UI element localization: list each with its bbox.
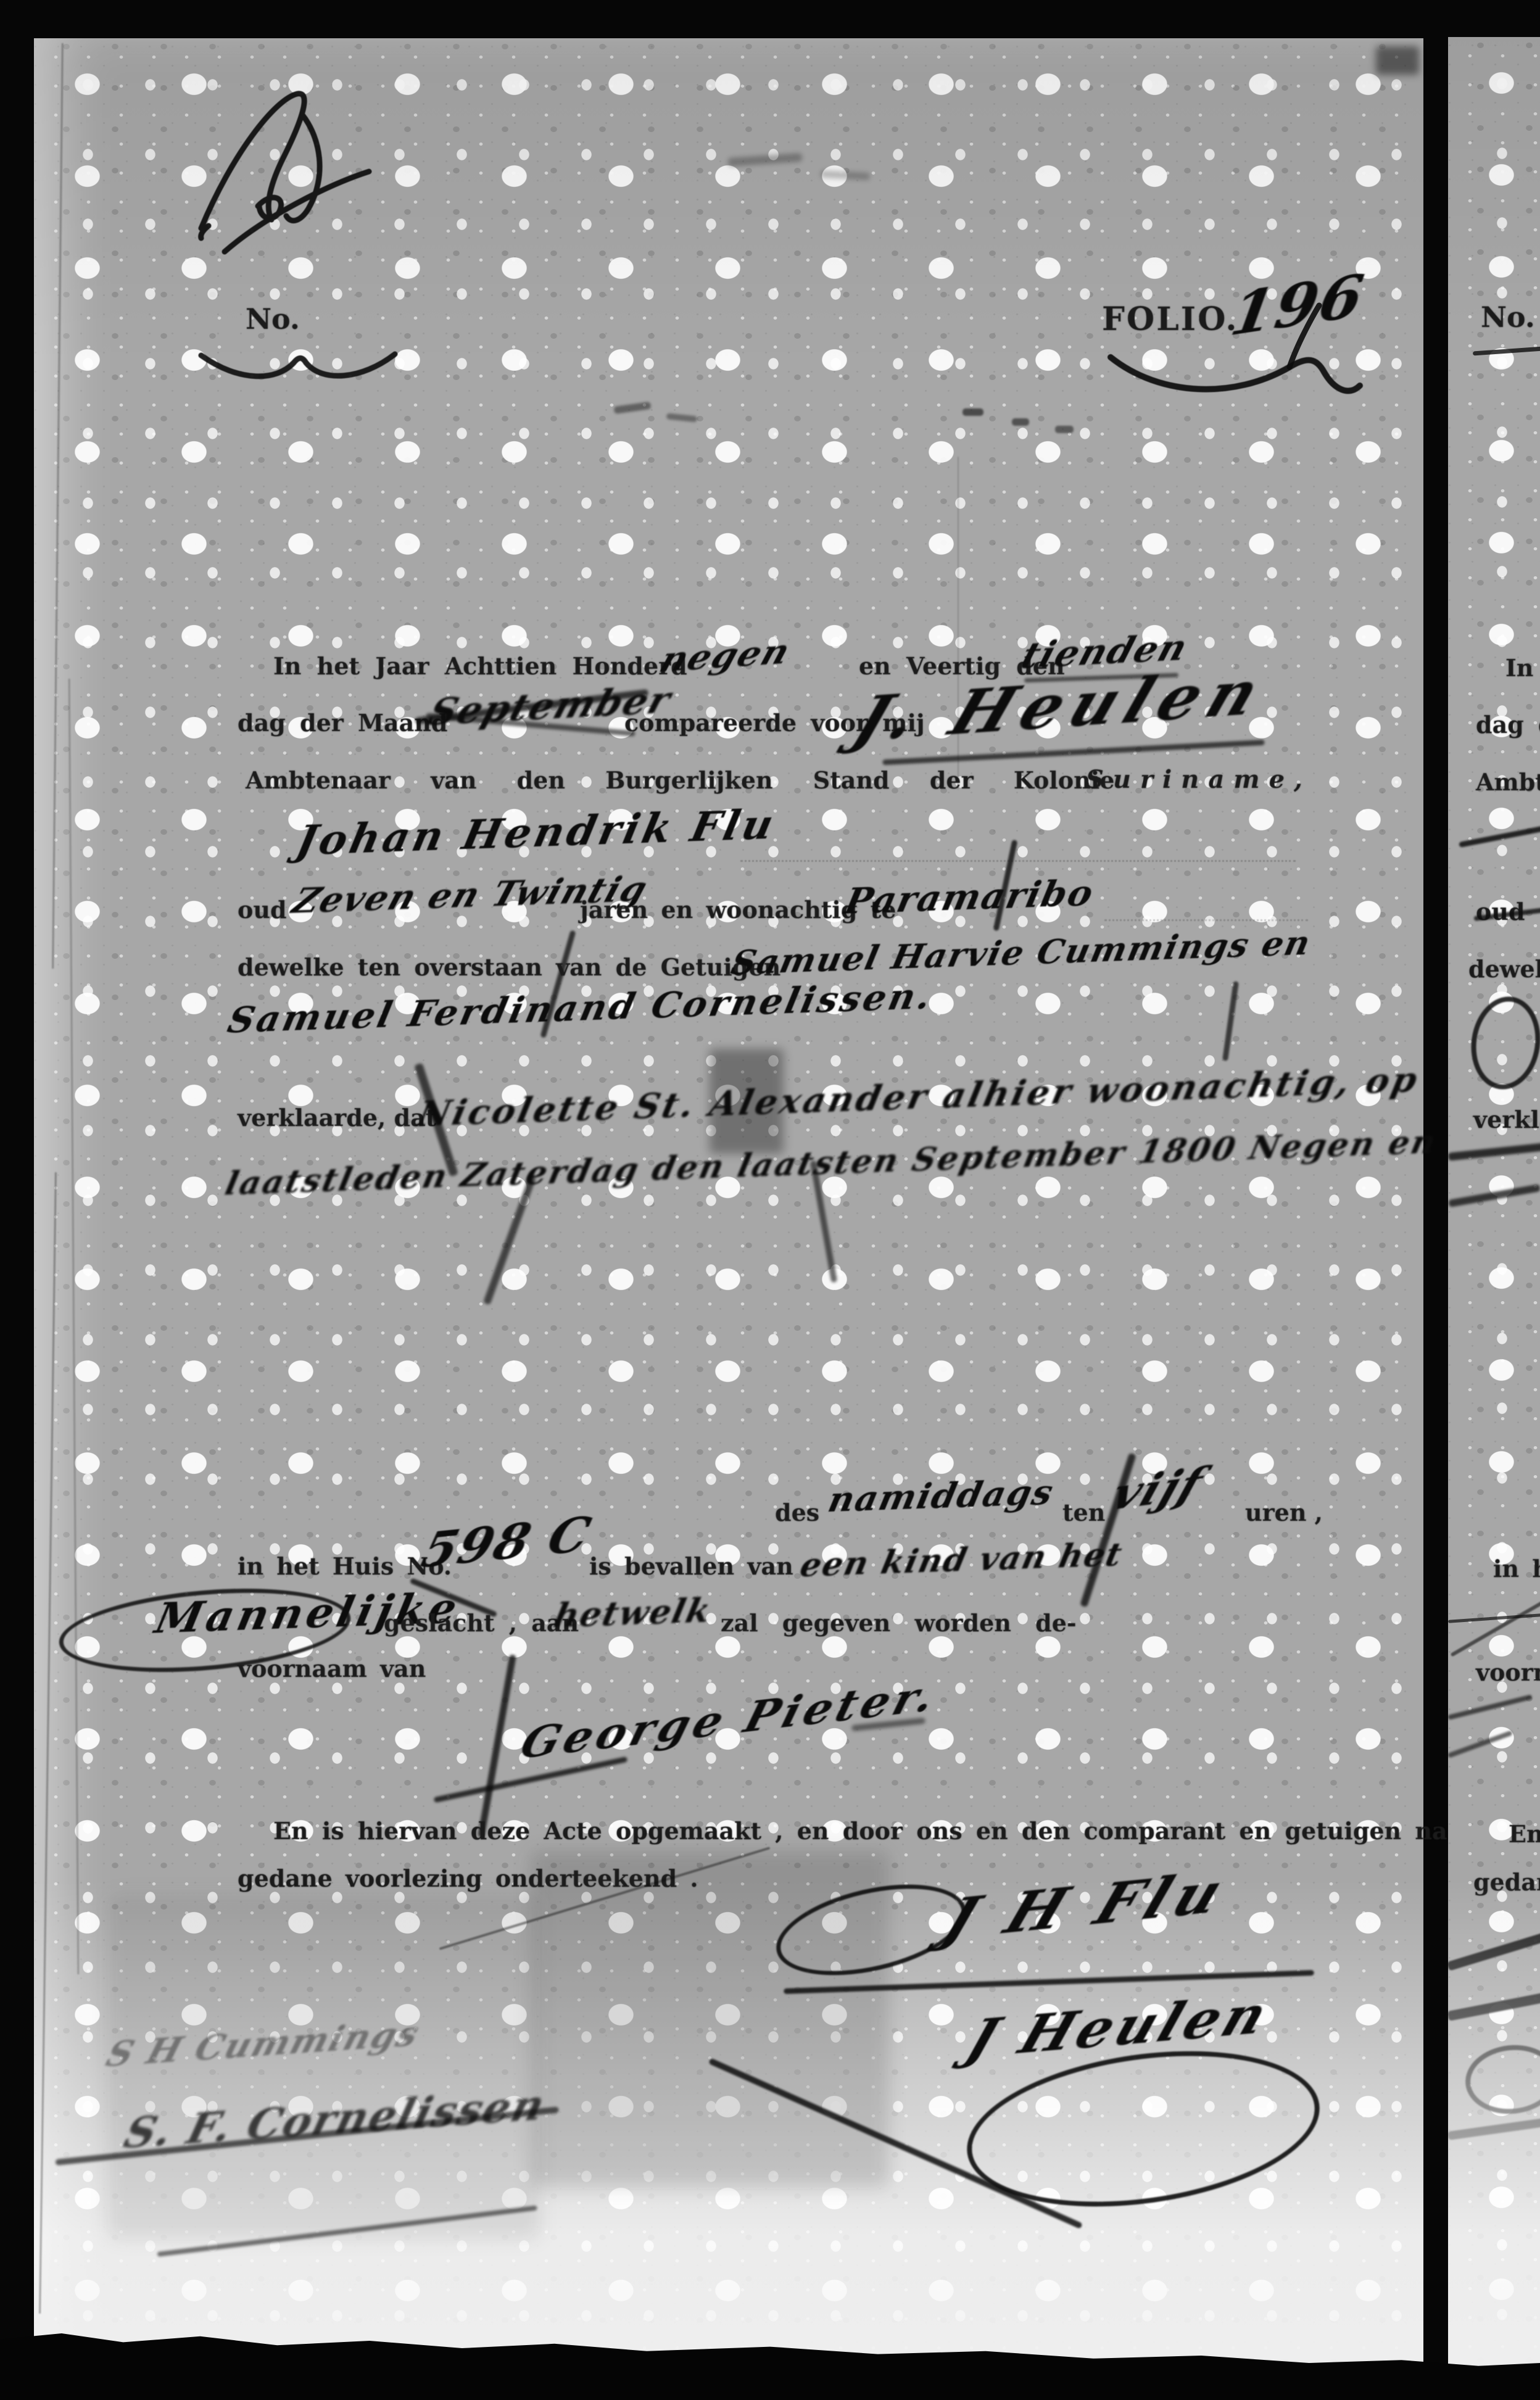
right-fragment: in het [1493,1555,1540,1583]
signature-flourish-line [1448,1919,1540,1971]
body-line10a: des [775,1499,819,1526]
body-line12a: geslacht , aan [384,1609,579,1637]
dotted-filler [1104,918,1308,921]
dotted-filler [740,859,1296,862]
folio-brace-flourish [1104,342,1364,416]
right-fragment: En [1509,1820,1540,1848]
register-scan: 26 No. FOLIO. 196 In het Jaar Achttien H… [0,0,1540,2400]
body-line10c: uren , [1245,1499,1323,1526]
hw-which-word: hetwelk [550,1591,715,1636]
pen-loop-flourish [1465,992,1540,1094]
hw-place: Paramaribo [841,872,1098,922]
right-fragment: dewelk [1468,955,1540,983]
ink-smudge [1448,1731,1513,1758]
hw-daypart: namiddags [824,1472,1058,1521]
body-line13: voornaam van [238,1655,426,1682]
ink-smudge [1448,1613,1540,1623]
right-fragment: dag d [1476,711,1540,739]
right-no-label: No. [1481,300,1535,334]
no-label: No. [246,302,300,336]
body-line15: En is hiervan deze Acte opgemaakt , en d… [273,1817,1447,1845]
ink-smudge [1473,346,1540,355]
body-line8a: verklaarde, dat [238,1104,436,1132]
signature-flourish-line [1448,2114,1540,2140]
signature-flourish-line [1448,1984,1540,2021]
body-line11b: is bevallen van [589,1552,793,1580]
ink-smudge [1055,426,1074,433]
right-page: No. In dag d Ambt oud dewelk verkla in h… [1448,37,1540,2400]
right-fragment: gedane [1473,1868,1540,1896]
body-line10b: ten [1062,1499,1105,1526]
right-fragment: Ambt [1476,768,1540,796]
body-line12b: zal gegeven worden de- [721,1609,1077,1637]
no-brace-flourish [196,344,400,394]
body-line6a: dewelke ten overstaan van de Getuigen [238,953,780,981]
body-line1a: In het Jaar Achttien Honderd [273,652,687,680]
body-line3-colony: Suriname, [1086,765,1312,794]
right-fragment: verkla [1473,1106,1540,1133]
ink-smudge [1376,46,1419,75]
ink-smudge [1448,1184,1540,1207]
ink-smudge [962,408,983,416]
signature-flourish [1462,2040,1540,2118]
ink-smudge [1012,418,1029,426]
right-fragment: voorna [1476,1658,1540,1686]
ink-smudge [1448,1142,1540,1161]
body-line5a: oud [238,896,287,924]
folio-label: FOLIO. [1102,300,1238,338]
ink-smudge [1459,819,1540,848]
body-line3: Ambtenaar van den Burgerlijken Stand der… [246,766,1114,794]
ink-smudge [1448,1694,1533,1720]
ink-smudge [710,1049,784,1154]
right-fragment: In [1505,654,1533,682]
